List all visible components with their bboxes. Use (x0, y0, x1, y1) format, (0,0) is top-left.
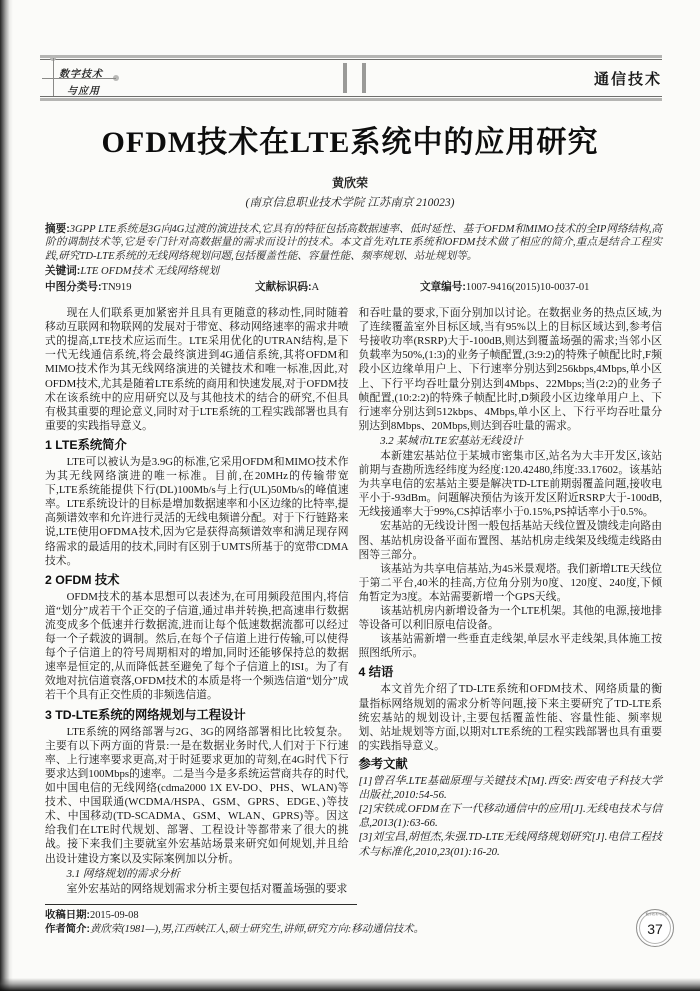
references-heading: 参考文献 (359, 757, 663, 771)
article-body: 现在人们联系更加紧密并且具有更随意的移动性,同时随着移动互联网和物联网的发展对于… (45, 306, 662, 896)
received-date-line: 收稿日期:2015-09-08 (45, 909, 662, 923)
section-column-header: 通信技术 (594, 68, 662, 89)
header-divider-bars (343, 63, 381, 93)
received-date-value: 2015-09-08 (90, 910, 138, 921)
section-3-1-continued: 和吞吐量的要求,下面分别加以讨论。在数据业务的热点区域,为了连续覆盖室外目标区域… (359, 306, 663, 433)
divider-bar-icon (343, 63, 347, 93)
section-3-paragraph: LTE系统的网络部署与2G、3G的网络部署相比比较复杂。主要有以下两方面的背景:… (45, 725, 349, 866)
author-bio-label: 作者简介: (45, 924, 90, 935)
clc-number: 中图分类号:TN919 (45, 281, 255, 294)
author-name: 黄欣荣 (0, 174, 700, 191)
footnote-rule (45, 904, 357, 905)
abstract-label: 摘要: (45, 223, 70, 235)
section-3-2-paragraph-5: 该基站需新增一些垂直走线架,单层水平走线架,具体施工按照图纸所示。 (359, 632, 663, 660)
reference-item: [1]曾召华.LTE基础原理与关键技术[M].西安:西安电子科技大学出版社,20… (359, 774, 663, 802)
scan-shadow-left (0, 0, 13, 991)
keywords: 关键词:LTE OFDM技术 无线网络规划 (45, 265, 662, 278)
header-row: 数字技术 与应用 通信技术 (40, 60, 662, 96)
section-1-heading: 1 LTE系统简介 (45, 438, 349, 452)
page-number-badge: 数字技术与应用 37 (636, 909, 674, 947)
scan-shadow-bottom (0, 978, 700, 991)
article-title: OFDM技术在LTE系统中的应用研究 (30, 117, 670, 161)
left-column: 现在人们联系更加紧密并且具有更随意的移动性,同时随着移动互联网和物联网的发展对于… (45, 306, 349, 896)
journal-logo-line2: 与应用 (67, 82, 100, 97)
clc-value: TN919 (102, 282, 132, 293)
section-4-paragraph: 本文首先介绍了TD-LTE系统和OFDM技术、网络质量的衡量指标网络规划的需求分… (359, 682, 663, 752)
section-3-1-heading: 3.1 网络规划的需求分析 (45, 867, 349, 881)
section-1-paragraph: LTE可以被认为是3.9G的标准,它采用OFDM和MIMO技术作为其无线网络演进… (45, 455, 349, 568)
author-affiliation: (南京信息职业技术学院 江苏南京 210023) (0, 194, 700, 210)
abstract: 摘要:3GPP LTE系统是3G向4G过渡的演进技术,它具有的特征包括高数据速率… (45, 223, 662, 263)
abstract-text: 3GPP LTE系统是3G向4G过渡的演进技术,它具有的特征包括高数据速率、低时… (45, 224, 662, 262)
page-number: 37 (637, 919, 673, 939)
section-2-heading: 2 OFDM 技术 (45, 573, 349, 587)
section-3-2-paragraph-1: 本新建宏基站位于某城市密集市区,站名为大丰开发区,该站前期与查勘所选经纬度为经度… (359, 449, 663, 519)
right-column: 和吞吐量的要求,下面分别加以讨论。在数据业务的热点区域,为了连续覆盖室外目标区域… (359, 306, 663, 896)
author-bio-line: 作者简介:黄欣荣(1981—),男,江西峡江人,硕士研究生,讲师,研究方向:移动… (45, 923, 662, 937)
section-4-heading: 4 结语 (359, 665, 663, 679)
section-3-2-paragraph-2: 宏基站的无线设计图一般包括基站天线位置及馈线走向路由图、基站机房设备平面布置图、… (359, 519, 663, 561)
clc-label: 中图分类号: (45, 281, 102, 293)
document-code: 文献标识码:A (255, 281, 420, 294)
doc-code-label: 文献标识码: (255, 281, 312, 293)
reference-item: [2]宋铁成.OFDM在下一代移动通信中的应用[J].无线电技术与信息,2013… (359, 802, 663, 830)
journal-page: 数字技术 与应用 通信技术 OFDM技术在LTE系统中的应用研究 黄欣荣 (南京… (0, 0, 700, 991)
keywords-text: LTE OFDM技术 无线网络规划 (80, 266, 219, 277)
author-bio-text: 黄欣荣(1981—),男,江西峡江人,硕士研究生,讲师,研究方向:移动通信技术。 (90, 924, 424, 935)
article-id-label: 文章编号: (420, 281, 466, 293)
journal-logo: 数字技术 与应用 (42, 62, 126, 96)
keywords-label: 关键词: (45, 265, 80, 277)
received-date-label: 收稿日期: (45, 910, 90, 921)
section-3-heading: 3 TD-LTE系统的网络规划与工程设计 (45, 708, 349, 722)
footnote-block: 收稿日期:2015-09-08 作者简介:黄欣荣(1981—),男,江西峡江人,… (45, 904, 662, 937)
section-3-2-paragraph-4: 该基站机房内新增设备为一个LTE机架。其他的电源,接地排等设备可以利旧原电信设备… (359, 604, 663, 632)
badge-arc-text: 数字技术与应用 (646, 913, 665, 916)
section-3-2-paragraph-3: 该基站为共享电信基站,为45米景观塔。我们新增LTE天线位于第二平台,40米的挂… (359, 562, 663, 604)
section-3-2-heading: 3.2 某城市LTE宏基站无线设计 (359, 434, 663, 448)
article-id-value: 1007-9416(2015)10-0037-01 (466, 282, 590, 293)
article-id: 文章编号:1007-9416(2015)10-0037-01 (420, 281, 662, 294)
logo-vertical-line (53, 58, 54, 96)
classification-line: 中图分类号:TN919 文献标识码:A 文章编号:1007-9416(2015)… (45, 281, 662, 294)
header-rule-bottom-thick (40, 98, 662, 101)
doc-code-value: A (312, 282, 320, 293)
section-2-paragraph: OFDM技术的基本思想可以表述为,在可用频段范围内,将信道“划分”成若干个正交的… (45, 590, 349, 703)
page-header: 数字技术 与应用 通信技术 (40, 55, 662, 101)
reference-item: [3]刘宝昌,胡恒杰,朱强.TD-LTE无线网络规划研究[J].电信工程技术与标… (359, 830, 663, 858)
journal-logo-line1: 数字技术 (59, 65, 103, 80)
divider-bar-icon (362, 63, 366, 93)
section-3-1-paragraph: 室外宏基站的网络规划需求分析主要包括对覆盖场强的要求 (45, 882, 349, 896)
article-meta: 摘要:3GPP LTE系统是3G向4G过渡的演进技术,它具有的特征包括高数据速率… (45, 223, 662, 294)
intro-paragraph: 现在人们联系更加紧密并且具有更随意的移动性,同时随着移动互联网和物联网的发展对于… (45, 306, 349, 433)
